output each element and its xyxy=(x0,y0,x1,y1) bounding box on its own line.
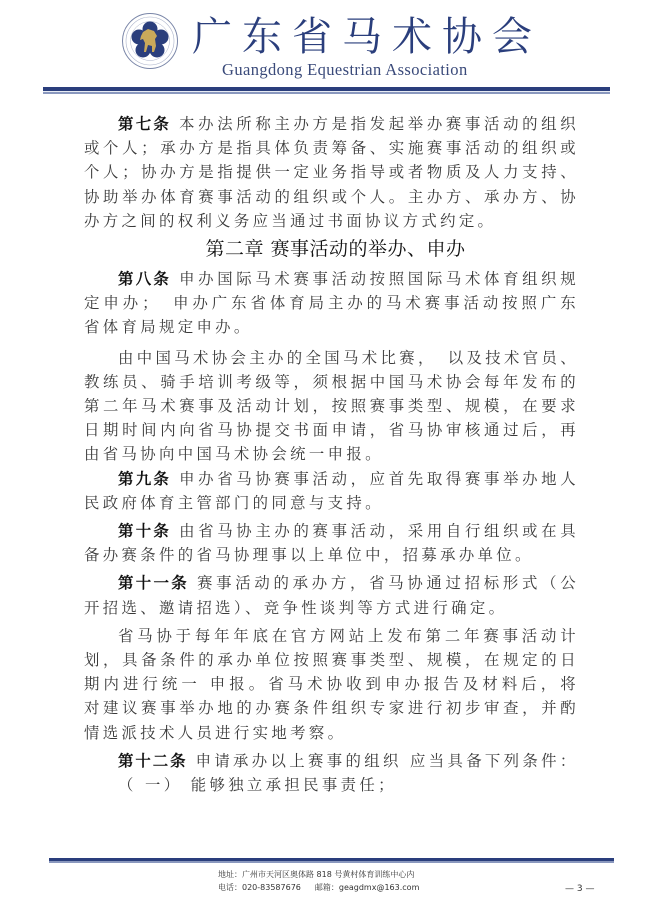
article-11-paragraph-2: 省马协于每年年底在官方网站上发布第二年赛事活动计划，具备条件的承办单位按照赛事类… xyxy=(84,624,579,745)
horse-emblem-icon xyxy=(121,12,179,70)
article-label: 第七条 xyxy=(118,115,171,133)
article-label: 第十一条 xyxy=(118,574,189,592)
footer-contact: 电话：020-83587676邮箱：geagdmx@163.com xyxy=(218,882,419,893)
page-number: — 3 — xyxy=(565,884,594,894)
article-7: 第七条本办法所称主办方是指发起举办赛事活动的组织或个人；承办方是指具体负责筹备、… xyxy=(84,112,579,233)
footer-address: 地址：广州市天河区奥体路 818 号黄村体育训练中心内 xyxy=(218,869,414,880)
article-8-paragraph-2: 由中国马术协会主办的全国马术比赛， 以及技术官员、教练员、骑手培训考级等，须根据… xyxy=(84,346,579,467)
document-body: 第七条本办法所称主办方是指发起举办赛事活动的组织或个人；承办方是指具体负责筹备、… xyxy=(84,112,579,797)
article-9: 第九条申办省马协赛事活动，应首先取得赛事举办地人民政府体育主管部门的同意与支持。 xyxy=(84,467,579,515)
article-12-item-1: （ 一） 能够独立承担民事责任； xyxy=(84,773,579,797)
article-text: 申请承办以上赛事的组织 应当具备下列条件： xyxy=(196,752,579,770)
article-label: 第十条 xyxy=(118,522,171,540)
org-name-cn: 广东省马术协会 xyxy=(192,14,542,60)
footer-divider xyxy=(49,858,614,863)
letterhead: 广东省马术协会 Guangdong Equestrian Association xyxy=(0,0,653,96)
article-8: 第八条申办国际马术赛事活动按照国际马术体育组织规定申办； 申办广东省体育局主办的… xyxy=(84,267,579,340)
article-label: 第八条 xyxy=(118,270,171,288)
article-label: 第十二条 xyxy=(118,752,188,770)
footer-email: 邮箱：geagdmx@163.com xyxy=(315,883,419,892)
article-12: 第十二条申请承办以上赛事的组织 应当具备下列条件： xyxy=(84,749,579,773)
chapter-heading: 第二章 赛事活动的举办、申办 xyxy=(92,234,579,264)
article-11: 第十一条赛事活动的承办方，省马协通过招标形式（公开招选、邀请招选）、竞争性谈判等… xyxy=(84,571,579,619)
header-divider xyxy=(43,87,610,94)
article-10: 第十条由省马协主办的赛事活动，采用自行组织或在具备办赛条件的省马协理事以上单位中… xyxy=(84,519,579,567)
article-label: 第九条 xyxy=(118,470,171,488)
org-name-en: Guangdong Equestrian Association xyxy=(222,60,468,80)
footer-phone: 电话：020-83587676 xyxy=(218,883,301,892)
